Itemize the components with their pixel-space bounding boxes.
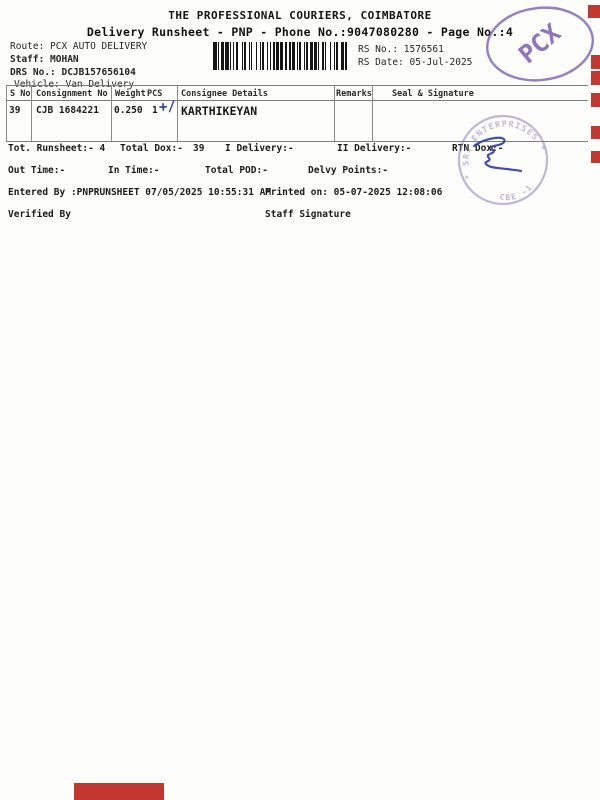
staff-signature: Staff Signature: [265, 209, 351, 220]
cell-pcs: 1: [152, 105, 158, 116]
col-header-sno: S No: [10, 89, 30, 99]
total-dox: Total Dox:-: [120, 143, 183, 154]
seal-stamp-icon: * SRI ENTERPRISES * CBE -1: [450, 112, 558, 212]
col-header-seal: Seal & Signature: [392, 89, 474, 99]
i-delivery: I Delivery:-: [225, 143, 294, 154]
cell-weight: 0.250: [114, 105, 143, 116]
handwritten-tick-mark: +/: [158, 98, 176, 115]
runsheet-document: THE PROFESSIONAL COURIERS, COIMBATORE De…: [0, 0, 600, 800]
seal-stamp-top-text: * SRI ENTERPRISES *: [450, 112, 547, 181]
red-edge-artifact: [591, 151, 600, 163]
red-edge-artifact: [591, 93, 600, 107]
table-header-separator: [6, 100, 588, 101]
col-divider-3: [177, 85, 178, 141]
cell-consignee: KARTHIKEYAN: [181, 104, 257, 118]
printed-on: Printed on: 05-07-2025 12:08:06: [265, 187, 442, 198]
red-edge-artifact-bottom: [74, 783, 164, 800]
table-top-border: [6, 85, 588, 86]
col-divider-2: [111, 85, 112, 141]
red-edge-artifact: [591, 55, 600, 69]
barcode-bar: [347, 42, 349, 70]
red-edge-artifact: [588, 5, 600, 18]
col-header-consignment: Consignment No: [36, 89, 108, 99]
col-header-weight: Weight: [115, 89, 146, 99]
staff-field: Staff: MOHAN: [10, 54, 79, 65]
in-time: In Time:-: [108, 165, 159, 176]
col-divider-1: [31, 85, 32, 141]
tot-runsheet: Tot. Runsheet:- 4: [8, 143, 105, 154]
total-pod: Total POD:-: [205, 165, 268, 176]
red-edge-artifact: [591, 71, 600, 85]
table-border-left: [6, 85, 7, 141]
col-header-remarks: Remarks: [336, 89, 372, 99]
pcx-stamp-icon: PCX: [483, 2, 598, 86]
verified-by: Verified By: [8, 209, 71, 220]
cell-consignment: CJB 1684221: [36, 105, 99, 116]
cell-sno: 39: [9, 105, 20, 116]
drs-no-field: DRS No.: DCJB157656104: [10, 67, 136, 78]
col-header-pcs: PCS: [147, 89, 162, 99]
route-field: Route: PCX AUTO DELIVERY: [10, 41, 147, 52]
out-time: Out Time:-: [8, 165, 65, 176]
delvy-points: Delvy Points:-: [308, 165, 388, 176]
rs-date-field: RS Date: 05-Jul-2025: [358, 57, 472, 68]
col-header-consignee: Consignee Details: [181, 89, 268, 99]
red-edge-artifact: [591, 126, 600, 139]
pcx-stamp-text: PCX: [513, 18, 566, 69]
ii-delivery: II Delivery:-: [337, 143, 411, 154]
rs-no-field: RS No.: 1576561: [358, 44, 444, 55]
col-divider-4: [334, 85, 335, 141]
svg-text:* SRI ENTERPRISES *: * SRI ENTERPRISES *: [450, 112, 547, 181]
consignment-barcode-icon: [213, 42, 350, 70]
col-divider-5: [372, 85, 373, 141]
entered-by: Entered By :PNPRUNSHEET 07/05/2025 10:55…: [8, 187, 271, 198]
signature-scribble: [474, 138, 521, 171]
total-dox-value: 39: [193, 143, 204, 154]
